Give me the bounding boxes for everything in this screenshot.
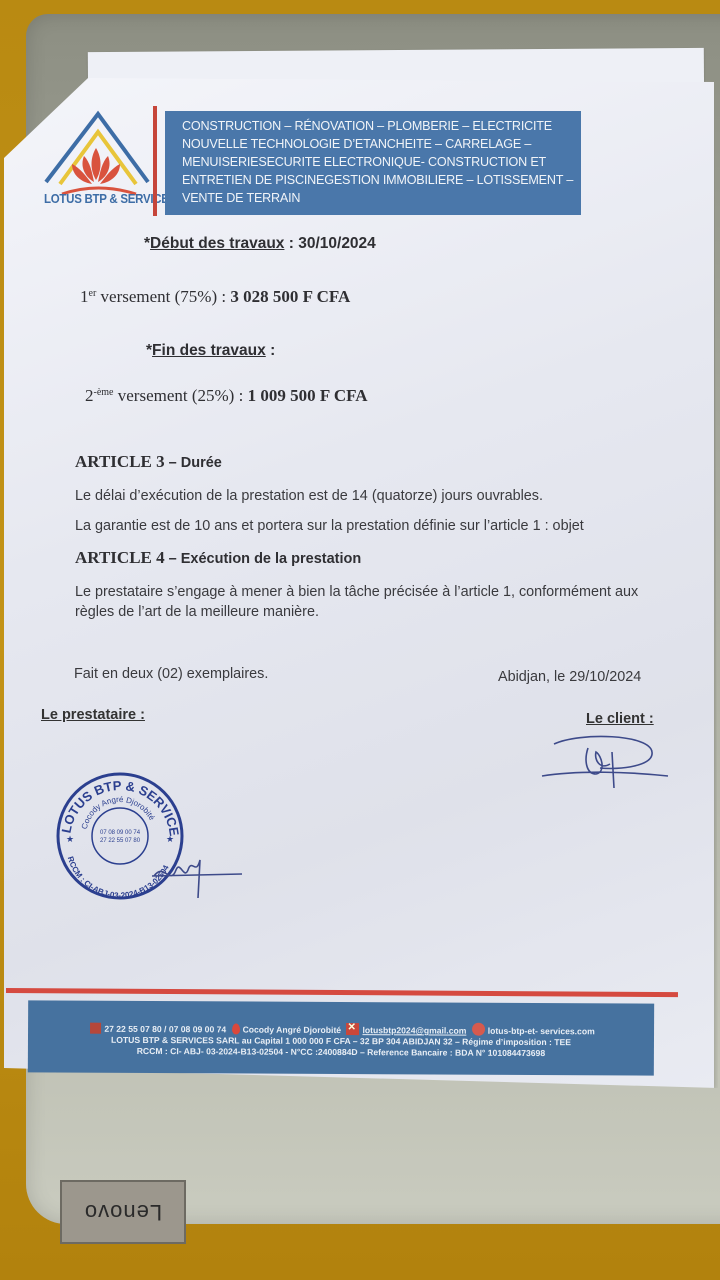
svg-text:27 22 55 07 80: 27 22 55 07 80	[100, 838, 141, 844]
services-line: MENUISERIESECURITE ELECTRONIQUE- CONSTRU…	[182, 153, 571, 171]
separator: :	[284, 235, 298, 252]
payment-2: 2-ème versement (25%) : 1 009 500 F CFA	[85, 386, 368, 406]
article-3-paragraph: La garantie est de 10 ans et portera sur…	[75, 518, 584, 534]
laptop-brand-badge: Lenovo	[60, 1180, 186, 1244]
services-line: VENTE DE TERRAIN	[182, 189, 571, 207]
payment-1: 1er versement (75%) : 3 028 500 F CFA	[80, 287, 350, 307]
services-line: NOUVELLE TECHNOLOGIE D’ETANCHEITE – CARR…	[182, 135, 571, 153]
start-of-works: *Début des travaux : 30/10/2024	[144, 235, 376, 253]
article-4-heading: ARTICLE 4 – Exécution de la prestation	[75, 548, 361, 568]
email-icon	[346, 1023, 359, 1035]
ordinal: 2	[85, 386, 94, 405]
footer-address: Cocody Angré Djorobité	[243, 1024, 342, 1035]
services-line: ENTRETIEN DE PISCINEGESTION IMMOBILIERE …	[182, 171, 571, 189]
end-label: Fin des travaux	[152, 342, 266, 359]
article-3-heading: ARTICLE 3 – Durée	[75, 452, 222, 472]
separator: :	[266, 342, 275, 359]
article-4-paragraph: Le prestataire s’engage à mener à bien l…	[75, 584, 638, 600]
client-label: Le client :	[586, 711, 654, 727]
document-sheet	[4, 78, 714, 1088]
article-3-paragraph: Le délai d’exécution de la prestation es…	[75, 488, 543, 504]
article-number: ARTICLE 4	[75, 548, 165, 567]
ordinal: 1	[80, 287, 89, 306]
svg-text:★: ★	[66, 834, 74, 844]
end-of-works: *Fin des travaux :	[146, 342, 275, 360]
footer-website[interactable]: lotus-btp-et- services.com	[488, 1026, 595, 1037]
footer-banner: 27 22 55 07 80 / 07 08 09 00 74 Cocody A…	[28, 1000, 654, 1075]
header-accent-bar	[153, 106, 157, 216]
svg-text:07 08 09 00 74: 07 08 09 00 74	[100, 830, 141, 836]
globe-icon	[472, 1023, 485, 1036]
provider-signature-icon	[150, 840, 245, 910]
location-pin-icon	[232, 1023, 240, 1034]
article-title: – Durée	[165, 455, 222, 471]
payment-amount: 1 009 500 F CFA	[248, 386, 368, 405]
copies-note: Fait en deux (02) exemplaires.	[74, 666, 268, 682]
article-4-paragraph: règles de l’art de la meilleure manière.	[75, 604, 319, 620]
place-date: Abidjan, le 29/10/2024	[498, 669, 641, 685]
ordinal-suffix: -ème	[94, 387, 114, 398]
article-title: – Exécution de la prestation	[165, 551, 362, 567]
footer-email-link[interactable]: lotusbtp2024@gmail.com	[362, 1025, 466, 1036]
start-label: Début des travaux	[150, 235, 284, 252]
phone-icon	[90, 1023, 101, 1034]
payment-label: versement (25%) :	[114, 386, 248, 405]
payment-amount: 3 028 500 F CFA	[230, 287, 350, 306]
payment-label: versement (75%) :	[96, 287, 230, 306]
provider-label: Le prestataire :	[41, 707, 145, 723]
footer-phones: 27 22 55 07 80 / 07 08 09 00 74	[104, 1024, 226, 1035]
services-banner: CONSTRUCTION – RÉNOVATION – PLOMBERIE – …	[165, 111, 581, 215]
services-line: CONSTRUCTION – RÉNOVATION – PLOMBERIE – …	[182, 117, 571, 135]
article-number: ARTICLE 3	[75, 452, 165, 471]
start-date: 30/10/2024	[298, 235, 376, 252]
client-signature-icon	[540, 730, 670, 790]
